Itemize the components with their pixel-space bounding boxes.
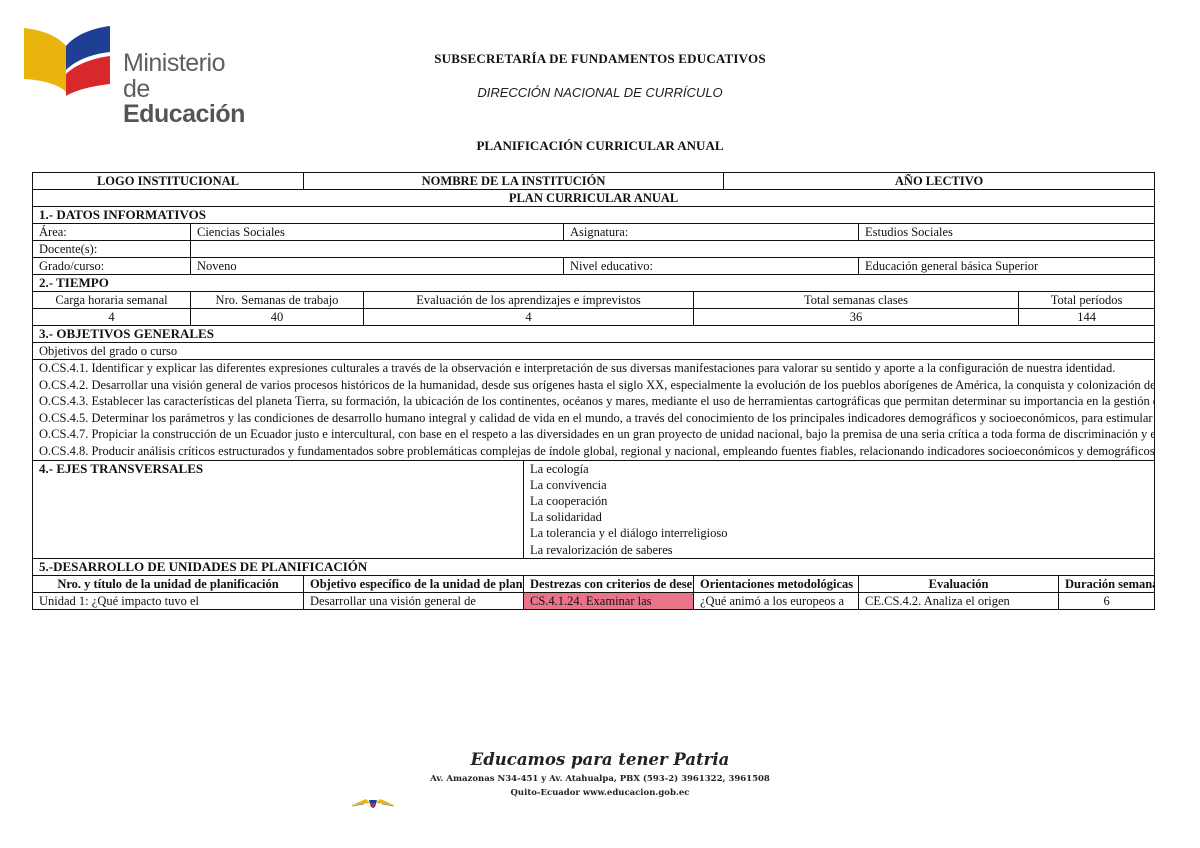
- table-row: Grado/curso: Noveno Nivel educativo: Edu…: [33, 258, 1155, 275]
- section-ejes-transversales: 4.- EJES TRANSVERSALES: [33, 460, 524, 558]
- total-semanas-value: 36: [694, 309, 1019, 326]
- objective-item: O.CS.4.1. Identificar y explicar las dif…: [39, 360, 1148, 377]
- orientaciones-header: Orientaciones metodológicas: [694, 575, 859, 592]
- objective-item: O.CS.4.2. Desarrollar una visión general…: [39, 377, 1148, 394]
- total-periodos-value: 144: [1019, 309, 1155, 326]
- tiempo-header-row: Carga horaria semanal Nro. Semanas de tr…: [33, 292, 1155, 309]
- carga-horaria-header: Carga horaria semanal: [33, 292, 191, 309]
- curricular-plan-table: LOGO INSTITUCIONAL NOMBRE DE LA INSTITUC…: [32, 172, 1155, 610]
- unidad-cell: Unidad 1: ¿Qué impacto tuvo el: [33, 592, 304, 609]
- footer-address: Av. Amazonas N34-451 y Av. Atahualpa, PB…: [0, 774, 1200, 784]
- total-semanas-header: Total semanas clases: [694, 292, 1019, 309]
- unidades-header-row: Nro. y título de la unidad de planificac…: [33, 575, 1155, 592]
- evaluacion-header: Evaluación: [859, 575, 1059, 592]
- eje-item: La convivencia: [530, 477, 1148, 493]
- direccion-heading: DIRECCIÓN NACIONAL DE CURRÍCULO: [0, 85, 1200, 100]
- total-periodos-header: Total períodos: [1019, 292, 1155, 309]
- docente-label: Docente(s):: [33, 241, 191, 258]
- section-datos-informativos: 1.- DATOS INFORMATIVOS: [33, 207, 1155, 224]
- eje-item: La revalorización de saberes: [530, 542, 1148, 558]
- section-tiempo: 2.- TIEMPO: [33, 275, 1155, 292]
- coat-of-arms-icon: [350, 795, 396, 809]
- nivel-value: Educación general básica Superior: [859, 258, 1155, 275]
- objective-item: O.CS.4.3. Establecer las características…: [39, 393, 1148, 410]
- orientacion-cell: ¿Qué animó a los europeos a: [694, 592, 859, 609]
- asignatura-value: Estudios Sociales: [859, 224, 1155, 241]
- ano-lectivo-header: AÑO LECTIVO: [724, 173, 1155, 190]
- grado-label: Grado/curso:: [33, 258, 191, 275]
- area-value: Ciencias Sociales: [191, 224, 564, 241]
- eje-item: La cooperación: [530, 493, 1148, 509]
- institution-header-row: LOGO INSTITUCIONAL NOMBRE DE LA INSTITUC…: [33, 173, 1155, 190]
- section-desarrollo-unidades: 5.-DESARROLLO DE UNIDADES DE PLANIFICACI…: [33, 558, 1155, 575]
- nivel-label: Nivel educativo:: [564, 258, 859, 275]
- destreza-cell-highlighted: CS.4.1.24. Examinar las: [524, 592, 694, 609]
- nombre-institucion-header: NOMBRE DE LA INSTITUCIÓN: [304, 173, 724, 190]
- eje-item: La ecología: [530, 461, 1148, 477]
- evaluacion-imprevistos-value: 4: [364, 309, 694, 326]
- objetivos-subtitle: Objetivos del grado o curso: [33, 343, 1155, 360]
- document-title: PLANIFICACIÓN CURRICULAR ANUAL: [0, 138, 1200, 154]
- tiempo-values-row: 4 40 4 36 144: [33, 309, 1155, 326]
- plan-curricular-title: PLAN CURRICULAR ANUAL: [33, 190, 1155, 207]
- footer-city-web: Quito-Ecuador www.educacion.gob.ec: [0, 788, 1200, 798]
- logo-institucional-header: LOGO INSTITUCIONAL: [33, 173, 304, 190]
- area-label: Área:: [33, 224, 191, 241]
- duracion-header: Duración semanas: [1059, 575, 1155, 592]
- semanas-trabajo-header: Nro. Semanas de trabajo: [191, 292, 364, 309]
- evaluacion-imprevistos-header: Evaluación de los aprendizajes e imprevi…: [364, 292, 694, 309]
- objective-item: O.CS.4.8. Producir análisis críticos est…: [39, 443, 1148, 460]
- objective-item: O.CS.4.7. Propiciar la construcción de u…: [39, 426, 1148, 443]
- section-objetivos-generales: 3.- OBJETIVOS GENERALES: [33, 326, 1155, 343]
- grado-value: Noveno: [191, 258, 564, 275]
- semanas-trabajo-value: 40: [191, 309, 364, 326]
- footer-slogan: Educamos para tener Patria: [0, 750, 1200, 769]
- objetivo-cell: Desarrollar una visión general de: [304, 592, 524, 609]
- table-row: Área: Ciencias Sociales Asignatura: Estu…: [33, 224, 1155, 241]
- asignatura-label: Asignatura:: [564, 224, 859, 241]
- ejes-list: La ecología La convivencia La cooperació…: [524, 460, 1155, 558]
- eje-item: La solidaridad: [530, 509, 1148, 525]
- unidad-titulo-header: Nro. y título de la unidad de planificac…: [33, 575, 304, 592]
- eje-item: La tolerancia y el diálogo interreligios…: [530, 525, 1148, 541]
- carga-horaria-value: 4: [33, 309, 191, 326]
- table-row: Docente(s):: [33, 241, 1155, 258]
- subsecretaria-heading: SUBSECRETARÍA DE FUNDAMENTOS EDUCATIVOS: [0, 51, 1200, 67]
- objective-item: O.CS.4.5. Determinar los parámetros y la…: [39, 410, 1148, 427]
- destrezas-header: Destrezas con criterios de desempeño: [524, 575, 694, 592]
- table-row: Unidad 1: ¿Qué impacto tuvo el Desarroll…: [33, 592, 1155, 609]
- evaluacion-cell: CE.CS.4.2. Analiza el origen: [859, 592, 1059, 609]
- objetivos-list: O.CS.4.1. Identificar y explicar las dif…: [33, 360, 1155, 461]
- objetivo-especifico-header: Objetivo específico de la unidad de plan…: [304, 575, 524, 592]
- docente-value: [191, 241, 1155, 258]
- duracion-cell: 6: [1059, 592, 1155, 609]
